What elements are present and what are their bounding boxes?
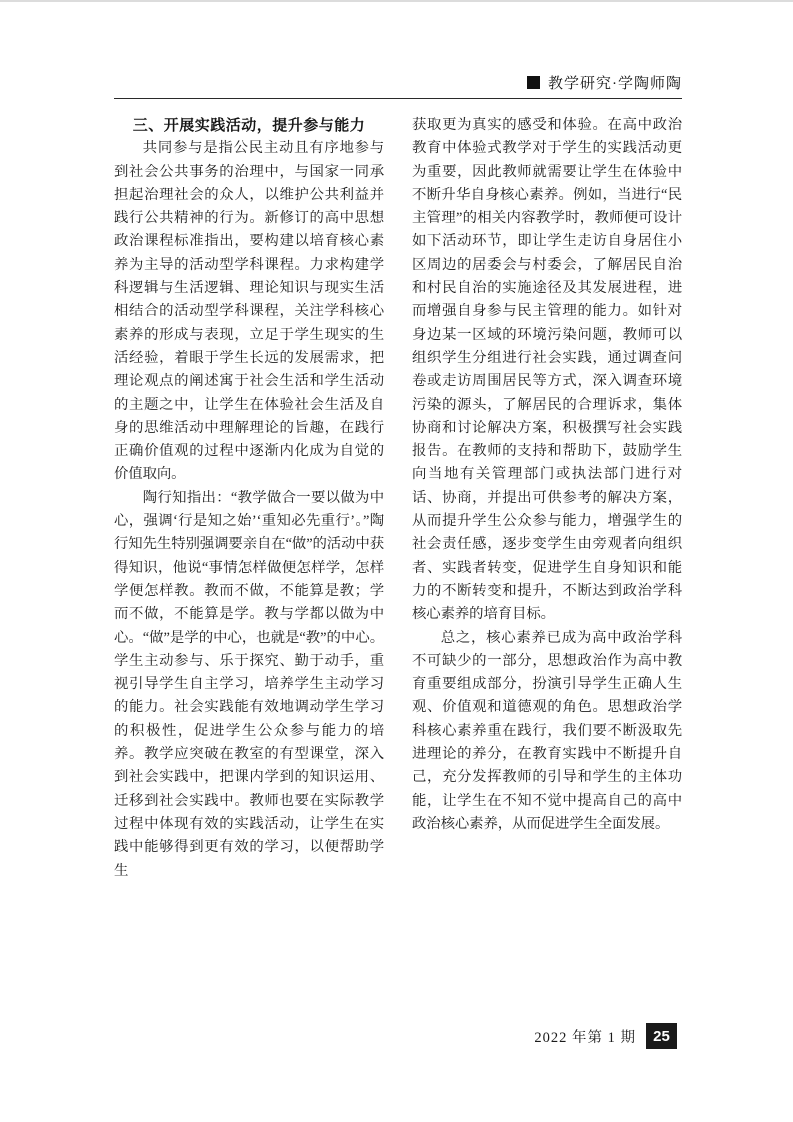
section-heading: 三、开展实践活动，提升参与能力 bbox=[114, 114, 384, 137]
paragraph-participation-definition: 共同参与是指公民主动且有序地参与到社会公共事务的治理中，与国家一同承担起治理社会… bbox=[114, 137, 384, 486]
paragraph-experiential-teaching: 获取更为真实的感受和体验。在高中政治教育中体验式教学对于学生的实践活动更为重要，… bbox=[412, 114, 682, 627]
section-title: 教学研究·学陶师陶 bbox=[548, 76, 682, 92]
article-body: 三、开展实践活动，提升参与能力 共同参与是指公民主动且有序地参与到社会公共事务的… bbox=[114, 114, 682, 883]
page-number-badge: 25 bbox=[646, 1023, 677, 1049]
journal-page: ■教学研究·学陶师陶 三、开展实践活动，提升参与能力 共同参与是指公民主动且有序… bbox=[0, 0, 793, 1122]
paragraph-conclusion: 总之，核心素养已成为高中政治学科不可缺少的一部分，思想政治作为高中教育重要组成部… bbox=[412, 627, 682, 837]
left-column: 三、开展实践活动，提升参与能力 共同参与是指公民主动且有序地参与到社会公共事务的… bbox=[114, 114, 384, 883]
paragraph-tao-xingzhi-quote: 陶行知指出：“教学做合一要以做为中心，强调‘行是知之始’‘重知必先重行’。”陶行… bbox=[114, 487, 384, 883]
issue-label: 2022 年第 1 期 bbox=[534, 1026, 636, 1047]
running-head: ■教学研究·学陶师陶 bbox=[114, 72, 682, 93]
header-rule bbox=[114, 98, 682, 99]
black-square-icon: ■ bbox=[527, 76, 540, 89]
page-footer: 2022 年第 1 期 25 bbox=[114, 1022, 677, 1050]
right-column: 获取更为真实的感受和体验。在高中政治教育中体验式教学对于学生的实践活动更为重要，… bbox=[412, 114, 682, 883]
